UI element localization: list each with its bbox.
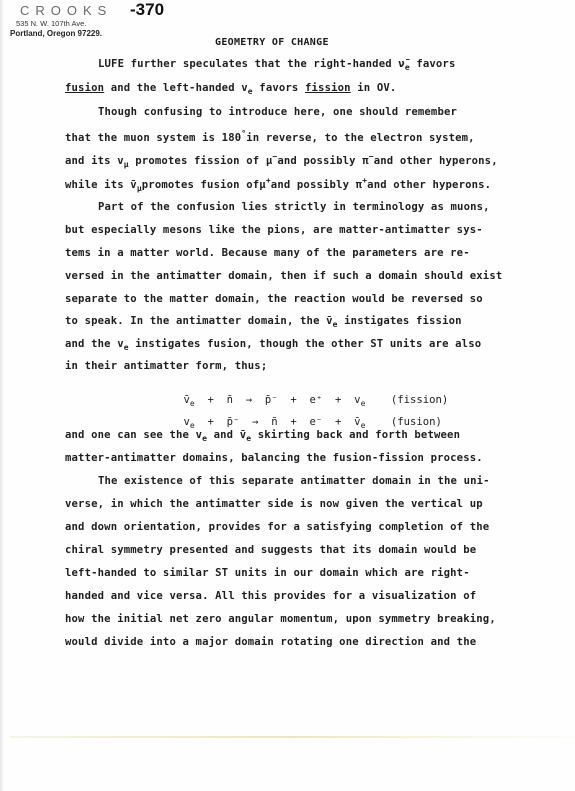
text-fragment: and possibly [271, 179, 356, 191]
text-fragment: favors [410, 58, 456, 70]
page-edge-shadow [0, 0, 4, 791]
text-line: separate to the matter domain, the react… [65, 293, 483, 305]
text-fragment: promotes fission of [129, 155, 266, 167]
text-line: to speak. In the antimatter domain, the … [65, 315, 462, 329]
page-fold-crease [10, 736, 575, 738]
text-line: in their antimatter form, thus; [65, 360, 267, 372]
text-line: matter-antimatter domains, balancing the… [65, 452, 483, 464]
text-line: tems in a matter world. Because many of … [65, 247, 470, 259]
underlined-word: fission [305, 82, 351, 94]
text-line: fusion and the left-handed ve favors fis… [65, 82, 396, 96]
text-line: and one can see the ve and v̄e skirting … [65, 429, 460, 443]
document-title: GEOMETRY OF CHANGE [215, 37, 329, 48]
text-fragment: promotes fusion of [142, 179, 260, 191]
text-line: versed in the antimatter domain, then if… [65, 270, 502, 282]
text-fragment: and the left-handed [104, 82, 241, 94]
text-fragment: and [207, 429, 240, 441]
text-fragment: and its [65, 155, 117, 167]
text-line: would divide into a major domain rotatin… [65, 636, 476, 648]
text-fragment: to speak. In the antimatter domain, the [65, 315, 326, 327]
text-line: but especially mesons like the pions, ar… [65, 224, 483, 236]
text-line: that the muon system is 180°in reverse, … [65, 129, 475, 144]
stamp-name: CROOKS [20, 3, 112, 18]
text-line: Part of the confusion lies strictly in t… [98, 201, 490, 213]
text-fragment: and the [65, 338, 117, 350]
text-line: and the ve instigates fusion, though the… [65, 338, 481, 352]
text-line: The existence of this separate antimatte… [98, 475, 490, 487]
text-fragment: and possibly [277, 155, 362, 167]
text-line: and down orientation, provides for a sat… [65, 521, 489, 533]
text-line: LUFE further speculates that the right-h… [98, 58, 456, 72]
text-fragment: favors [253, 82, 305, 94]
text-fragment: and one can see the [65, 429, 196, 441]
text-line: and its vμ promotes fission of μ−and pos… [65, 152, 498, 169]
text-fragment: instigates fission [338, 315, 462, 327]
text-fragment: in reverse, to the electron system, [246, 132, 474, 144]
equation-terms: ve + p̄⁻ → n̄ + e⁻ + v̄e (fusion) [184, 416, 442, 428]
text-line: handed and vice versa. All this provides… [65, 590, 476, 602]
text-fragment: and other hyperons, [374, 155, 498, 167]
underlined-word: fusion [65, 82, 104, 94]
text-fragment: that the muon system is 180 [65, 132, 241, 144]
text-line: Though confusing to introduce here, one … [98, 106, 457, 118]
text-line: how the initial net zero angular momentu… [65, 613, 496, 625]
text-fragment: LUFE further speculates that the right-h… [98, 58, 398, 70]
stamp-address-street: 535 N. W. 107th Ave. [16, 19, 86, 28]
document-number: -370 [130, 0, 164, 20]
text-fragment: in OV. [351, 82, 397, 94]
text-fragment: and other hyperons. [367, 179, 491, 191]
text-line: verse, in which the antimatter side is n… [65, 498, 483, 510]
text-fragment: while its [65, 179, 130, 191]
stamp-address-city: Portland, Oregon 97229. [10, 29, 102, 38]
text-line: left-handed to similar ST units in our d… [65, 567, 470, 579]
text-fragment: instigates fusion, though the other ST u… [129, 338, 482, 350]
document-page: CROOKS -370 535 N. W. 107th Ave. Portlan… [0, 0, 575, 791]
text-line: while its v̄μpromotes fusion ofμ+and pos… [65, 176, 491, 193]
text-line: chiral symmetry presented and suggests t… [65, 544, 476, 556]
text-fragment: skirting back and forth between [251, 429, 460, 441]
